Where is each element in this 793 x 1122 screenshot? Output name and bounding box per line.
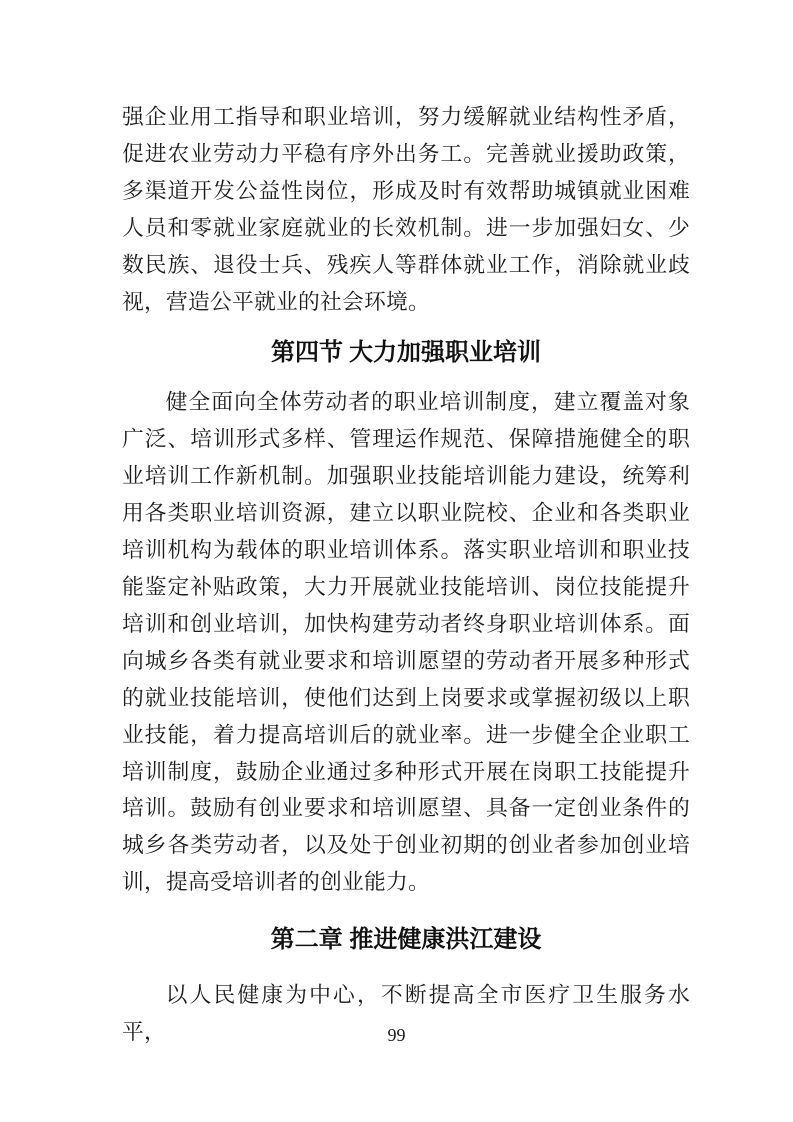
- section-heading: 第四节 大力加强职业培训: [122, 335, 690, 372]
- chapter-heading: 第二章 推进健康洪江建设: [122, 921, 690, 958]
- body-paragraph-vocational-training: 健全面向全体劳动者的职业培训制度，建立覆盖对象广泛、培训形式多样、管理运作规范、…: [122, 384, 690, 901]
- page-number: 99: [0, 1024, 793, 1046]
- page-content: 强企业用工指导和职业培训，努力缓解就业结构性矛盾，促进农业劳动力平稳有序外出务工…: [122, 99, 690, 1051]
- document-page: 强企业用工指导和职业培训，努力缓解就业结构性矛盾，促进农业劳动力平稳有序外出务工…: [0, 0, 793, 1122]
- body-paragraph-employment: 强企业用工指导和职业培训，努力缓解就业结构性矛盾，促进农业劳动力平稳有序外出务工…: [122, 99, 690, 320]
